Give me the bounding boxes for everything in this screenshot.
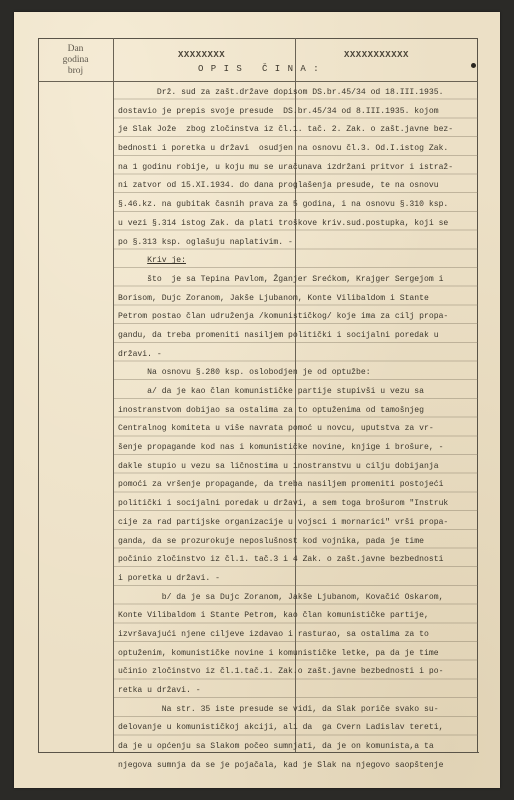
- struck-out-text-left: XXXXXXXX: [178, 50, 225, 60]
- text-line: izvršavajući njene ciljeve izdavao i ras…: [118, 626, 478, 645]
- text-line: a/ da je kao član komunističke partije s…: [118, 383, 478, 402]
- text-line: njegova sumnja da se je pojačala, kad je…: [118, 757, 478, 776]
- text-line: cije za rad partijske organizacije u voj…: [118, 514, 478, 533]
- text-line: Petrom postao član udruženja /komunistič…: [118, 308, 478, 327]
- header-label-godina: godina: [63, 55, 89, 66]
- text-line: na 1 godinu robije, u koju mu se uračuna…: [118, 159, 478, 178]
- text-line: b/ da je sa Dujc Zoranom, Jakše Ljubanom…: [118, 589, 478, 608]
- text-line: je Slak Jože zbog zločinstva iz čl.1. ta…: [118, 121, 478, 140]
- text-line: Na osnovu §.280 ksp. oslobodjen je od op…: [118, 364, 478, 383]
- text-line: politički i socijalni poredak u državi, …: [118, 495, 478, 514]
- text-line: ni zatvor od 15.XI.1934. do dana proglaš…: [118, 177, 478, 196]
- text-line: dakle stupio u vezu sa ličnostima u inos…: [118, 458, 478, 477]
- document-page: Dan godina broj XXXXXXXX XXXXXXXXXXX O P…: [14, 12, 500, 788]
- text-line: što je sa Tepina Pavlom, Žganjer Srećkom…: [118, 271, 478, 290]
- text-line: retka u državi. -: [118, 682, 478, 701]
- text-line: po §.313 ksp. oglašuju naplativim. -: [118, 234, 478, 253]
- text-line: šenje propagande kod nas i komunističke …: [118, 439, 478, 458]
- punch-hole-mark: [471, 63, 476, 68]
- text-line: ganda, da se prozurokuje neposlušnost ko…: [118, 533, 478, 552]
- text-line: u vezi §.314 istog Zak. da plati troškov…: [118, 215, 478, 234]
- section-heading: O P I S Č I N A :: [198, 64, 320, 74]
- text-line: optuženim, komunističke novine i komunis…: [118, 645, 478, 664]
- text-line: Centralnog komiteta u više navrata pomoć…: [118, 420, 478, 439]
- text-line: učinio zločinstvo iz čl.1.tač.1. Zak.o z…: [118, 663, 478, 682]
- kriv-je-heading: Kriv je:: [147, 256, 186, 265]
- text-line: bednosti i poretka u državi osudjen na o…: [118, 140, 478, 159]
- text-line: gandu, da treba promeniti nasiljem polit…: [118, 327, 478, 346]
- text-line: dostavio je prepis svoje presude DS.br.4…: [118, 103, 478, 122]
- typewritten-body: Drž. sud za zašt.države dopisom DS.br.45…: [118, 84, 478, 775]
- text-line: delovanje u komunističkoj akciji, ali da…: [118, 719, 478, 738]
- text-line: pomoći za vršenje propagande, da treba n…: [118, 476, 478, 495]
- text-line: da je u općenju sa Slakom počeo sumnjati…: [118, 738, 478, 757]
- struck-out-text-right: XXXXXXXXXXX: [344, 50, 409, 60]
- text-line: Konte Vilibaldom i Stante Petrom, kao čl…: [118, 607, 478, 626]
- date-column-header: Dan godina broj: [38, 40, 113, 81]
- text-line: Drž. sud za zašt.države dopisom DS.br.45…: [118, 84, 478, 103]
- text-line: §.46.kz. na gubitak časnih prava za 5 go…: [118, 196, 478, 215]
- text-line: državi. -: [118, 346, 478, 365]
- text-line: inostranstvom dobijao sa ostalima za to …: [118, 402, 478, 421]
- header-label-dan: Dan: [68, 44, 84, 55]
- text-line: i poretka u državi. -: [118, 570, 478, 589]
- header-label-broj: broj: [68, 66, 83, 77]
- text-line: Na str. 35 iste presude se vidi, da Slak…: [118, 701, 478, 720]
- text-line: počinio zločinstvo iz čl.1. tač.3 i 4 Za…: [118, 551, 478, 570]
- text-line: Kriv je:: [118, 252, 478, 271]
- text-line: Borisom, Dujc Zoranom, Jakše Ljubanom, K…: [118, 290, 478, 309]
